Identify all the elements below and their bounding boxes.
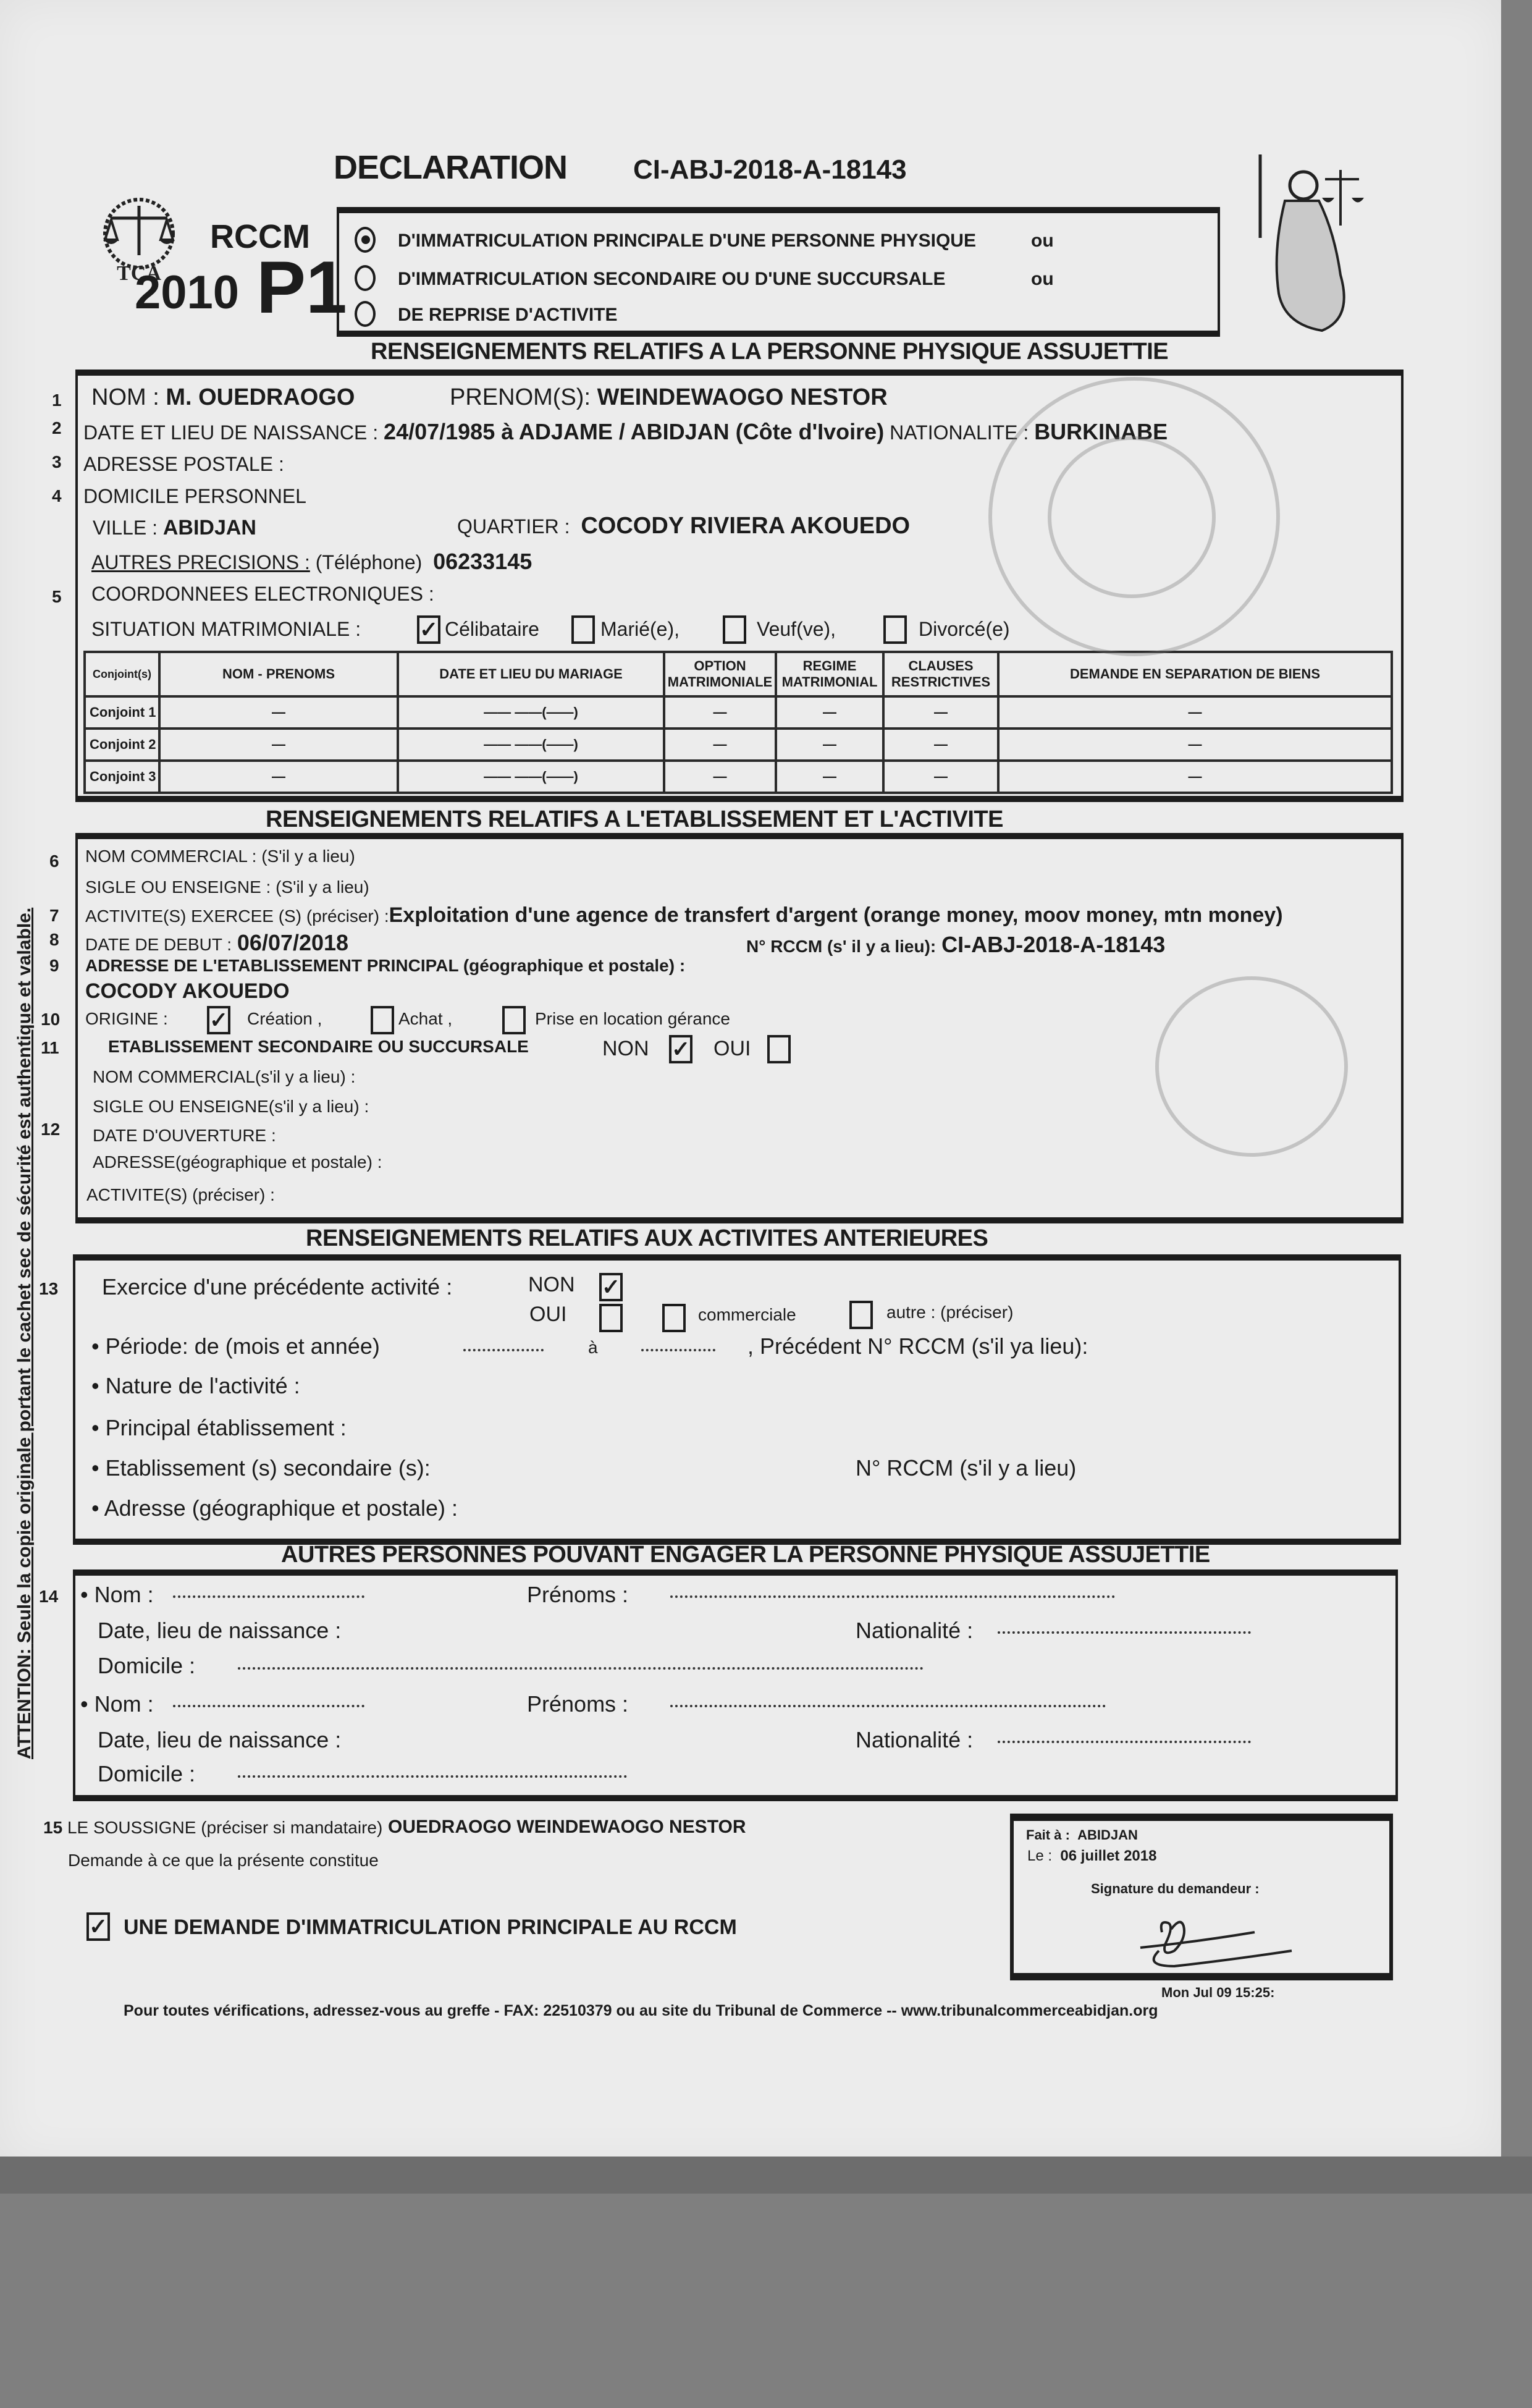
marie-label: Marié(e), xyxy=(600,618,680,641)
column-header: DATE ET LIEU DU MARIAGE xyxy=(398,652,664,696)
demande-label: Demande à ce que la présente constitue xyxy=(68,1851,379,1870)
ville-field: VILLE : ABIDJAN xyxy=(93,516,256,540)
radio-reprise-activite[interactable] xyxy=(355,301,376,327)
non-label: NON xyxy=(528,1273,575,1297)
cell: —— ——(——) xyxy=(398,761,664,793)
autre-label: autre : (préciser) xyxy=(886,1303,1013,1322)
cell: — xyxy=(998,729,1392,761)
cell: — xyxy=(664,729,776,761)
person2-nom-field: • Nom : xyxy=(80,1691,154,1717)
soussigne-value: OUEDRAOGO WEINDEWAOGO NESTOR xyxy=(388,1817,746,1838)
secondaire-field: • Etablissement (s) secondaire (s): xyxy=(91,1455,431,1481)
principal-field: • Principal établissement : xyxy=(91,1415,347,1441)
declaration-type-label: D'IMMATRICULATION SECONDAIRE OU D'UNE SU… xyxy=(398,269,945,290)
checkbox-divorce[interactable] xyxy=(883,615,907,644)
date-debut-field: DATE DE DEBUT : 06/07/2018 xyxy=(85,930,348,956)
nom-field: NOM : M. OUEDRAOGO xyxy=(91,384,355,411)
sec-sigle-label: SIGLE OU ENSEIGNE(s'il y a lieu) : xyxy=(93,1097,369,1117)
creation-label: Création , xyxy=(247,1009,322,1029)
radio-immatriculation-secondaire[interactable] xyxy=(355,265,376,291)
periode-from-line xyxy=(463,1349,544,1351)
quartier-field: QUARTIER : COCODY RIVIERA AKOUEDO xyxy=(457,513,910,539)
veuf-label: Veuf(ve), xyxy=(757,618,836,641)
adresse-field: • Adresse (géographique et postale) : xyxy=(91,1495,458,1521)
prenoms-field: PRENOM(S): WEINDEWAOGO NESTOR xyxy=(450,384,888,411)
table-row: Conjoint 3 — —— ——(——) — — — — xyxy=(85,761,1392,793)
person2-prenoms-label: Prénoms : xyxy=(527,1691,628,1717)
column-header: NOM - PRENOMS xyxy=(159,652,398,696)
row-number: 12 xyxy=(41,1120,60,1139)
checkbox-creation[interactable]: ✓ xyxy=(207,1006,230,1034)
sec-activite-label: ACTIVITE(S) (préciser) : xyxy=(86,1185,275,1205)
periode-separator: à xyxy=(588,1338,598,1358)
column-header: OPTION MATRIMONIALE xyxy=(664,652,776,696)
column-header: Conjoint(s) xyxy=(85,652,159,696)
cell: — xyxy=(776,729,883,761)
print-timestamp: Mon Jul 09 15:25: xyxy=(1161,1985,1274,2001)
input-line xyxy=(998,1631,1251,1634)
cell: — xyxy=(998,761,1392,793)
domicile-label: DOMICILE PERSONNEL xyxy=(83,485,306,508)
row-number: 4 xyxy=(52,486,62,506)
signature-icon xyxy=(1137,1914,1298,1972)
column-header: REGIME MATRIMONIAL xyxy=(776,652,883,696)
verification-note: Pour toutes vérifications, adressez-vous… xyxy=(124,2002,1158,2020)
attention-text: Seule la copie originale portant le cach… xyxy=(14,908,35,1643)
input-line xyxy=(998,1741,1251,1743)
person2-nationalite-label: Nationalité : xyxy=(856,1727,973,1753)
row-number: 14 xyxy=(39,1587,58,1607)
cell: —— ——(——) xyxy=(398,696,664,729)
row-number: 7 xyxy=(49,906,59,926)
tca-stamp xyxy=(1155,976,1348,1157)
checkbox-commerciale[interactable] xyxy=(662,1304,686,1332)
attention-note: ATTENTION: Seule la copie originale port… xyxy=(14,894,35,1759)
or-label: ou xyxy=(1031,230,1054,251)
cell: — xyxy=(883,729,998,761)
cell: — xyxy=(159,761,398,793)
section-title-others: AUTRES PERSONNES POUVANT ENGAGER LA PERS… xyxy=(281,1542,1210,1568)
oui-label: OUI xyxy=(713,1037,751,1061)
row-number: 8 xyxy=(49,930,59,950)
secondaire-label: ETABLISSEMENT SECONDAIRE OU SUCCURSALE xyxy=(108,1037,529,1057)
declaration-type-label: D'IMMATRICULATION PRINCIPALE D'UNE PERSO… xyxy=(398,230,976,251)
rccm-field: N° RCCM (s' il y a lieu): CI-ABJ-2018-A-… xyxy=(746,932,1165,958)
person1-prenoms-label: Prénoms : xyxy=(527,1582,628,1608)
person1-domicile-label: Domicile : xyxy=(98,1653,195,1679)
cell: — xyxy=(883,696,998,729)
cell: —— ——(——) xyxy=(398,729,664,761)
row-label: Conjoint 1 xyxy=(85,696,159,729)
achat-label: Achat , xyxy=(398,1009,452,1029)
sec-nom-commercial-label: NOM COMMERCIAL(s'il y a lieu) : xyxy=(93,1067,355,1087)
input-line xyxy=(173,1595,364,1598)
row-number: 5 xyxy=(52,587,62,607)
scanner-edge xyxy=(0,2157,1532,2194)
radio-immatriculation-principale[interactable] xyxy=(355,227,376,253)
signature-box: Fait à : ABIDJAN Le : 06 juillet 2018 Si… xyxy=(1010,1814,1393,1980)
row-label: Conjoint 2 xyxy=(85,729,159,761)
checkbox-location-gerance[interactable] xyxy=(502,1006,526,1034)
activite-field: ACTIVITE(S) EXERCEE (S) (préciser) :Expl… xyxy=(85,903,1283,927)
row-label: Conjoint 3 xyxy=(85,761,159,793)
nom-commercial-field: NOM COMMERCIAL : (S'il y a lieu) xyxy=(85,847,355,866)
precedent-rccm-label: , Précédent N° RCCM (s'il ya lieu): xyxy=(747,1333,1088,1359)
checkbox-secondaire-non[interactable]: ✓ xyxy=(669,1035,692,1063)
periode-field: • Période: de (mois et année) xyxy=(91,1333,380,1359)
input-line xyxy=(238,1775,627,1778)
section-title-establishment: RENSEIGNEMENTS RELATIFS A L'ETABLISSEMEN… xyxy=(266,806,1003,833)
nature-field: • Nature de l'activité : xyxy=(91,1373,300,1399)
sec-date-label: DATE D'OUVERTURE : xyxy=(93,1126,276,1146)
row-number: 11 xyxy=(41,1038,59,1058)
commerciale-label: commerciale xyxy=(698,1305,796,1325)
form-code: P1 xyxy=(256,250,347,324)
row-number: 13 xyxy=(39,1279,58,1299)
oui-label: OUI xyxy=(529,1303,566,1327)
person2-naissance-label: Date, lieu de naissance : xyxy=(98,1727,341,1753)
fait-field: Fait à : ABIDJAN xyxy=(1026,1827,1138,1843)
person1-nationalite-label: Nationalité : xyxy=(856,1618,973,1644)
signature-label: Signature du demandeur : xyxy=(1091,1881,1260,1897)
lady-justice-icon xyxy=(1248,151,1371,337)
cell: — xyxy=(998,696,1392,729)
declaration-type-label: DE REPRISE D'ACTIVITE xyxy=(398,305,618,326)
checkbox-previous-non[interactable]: ✓ xyxy=(599,1273,623,1301)
registre-du-commerce-stamp xyxy=(988,377,1280,656)
column-header: CLAUSES RESTRICTIVES xyxy=(883,652,998,696)
input-line xyxy=(670,1705,1106,1707)
document-page: ATTENTION: Seule la copie originale port… xyxy=(0,0,1501,2163)
cell: — xyxy=(776,761,883,793)
checkbox-previous-oui[interactable] xyxy=(599,1304,623,1332)
column-header: DEMANDE EN SEPARATION DE BIENS xyxy=(998,652,1392,696)
adresse-etablissement-value: COCODY AKOUEDO xyxy=(85,979,290,1003)
form-year: 2010 xyxy=(135,266,239,319)
section-title-person: RENSEIGNEMENTS RELATIFS A LA PERSONNE PH… xyxy=(371,339,1168,365)
table-header-row: Conjoint(s) NOM - PRENOMS DATE ET LIEU D… xyxy=(85,652,1392,696)
declaration-reference: CI-ABJ-2018-A-18143 xyxy=(633,154,907,185)
table-row: Conjoint 2 — —— ——(——) — — — — xyxy=(85,729,1392,761)
adresse-postale-label: ADRESSE POSTALE : xyxy=(83,453,284,476)
table-row: Conjoint 1 — —— ——(——) — — — — xyxy=(85,696,1392,729)
section-title-previous: RENSEIGNEMENTS RELATIFS AUX ACTIVITES AN… xyxy=(306,1225,988,1252)
checkbox-veuf[interactable] xyxy=(723,615,746,644)
other-persons-section xyxy=(73,1569,1398,1801)
origine-label: ORIGINE : xyxy=(85,1009,168,1029)
input-line xyxy=(238,1667,924,1670)
checkbox-demande-immatriculation[interactable]: ✓ xyxy=(86,1912,110,1941)
row-number: 2 xyxy=(52,418,62,438)
document-title: DECLARATION xyxy=(334,148,567,187)
exercice-label: Exercice d'une précédente activité : xyxy=(102,1274,452,1300)
checkbox-achat[interactable] xyxy=(371,1006,394,1034)
situation-label: SITUATION MATRIMONIALE : xyxy=(91,618,361,641)
celibataire-label: Célibataire xyxy=(445,618,539,641)
non-label: NON xyxy=(602,1037,649,1061)
soussigne-field: 15 LE SOUSSIGNE (préciser si mandataire) xyxy=(43,1818,382,1838)
telephone-field: AUTRES PRECISIONS : (Téléphone) 06233145 xyxy=(91,549,532,575)
cell: — xyxy=(664,761,776,793)
person1-nom-field: • Nom : xyxy=(80,1582,154,1608)
checkbox-autre[interactable] xyxy=(849,1301,873,1329)
input-line xyxy=(670,1595,1115,1598)
divorce-label: Divorcé(e) xyxy=(919,618,1010,641)
row-number: 1 xyxy=(52,391,62,410)
attention-label: ATTENTION: xyxy=(14,1649,35,1759)
sec-adresse-label: ADRESSE(géographique et postale) : xyxy=(93,1152,382,1172)
cell: — xyxy=(776,696,883,729)
person2-domicile-label: Domicile : xyxy=(98,1761,195,1787)
adresse-etablissement-label: ADRESSE DE L'ETABLISSEMENT PRINCIPAL (gé… xyxy=(85,956,685,976)
cell: — xyxy=(159,729,398,761)
checkbox-celibataire[interactable]: ✓ xyxy=(417,615,440,644)
spouses-table: Conjoint(s) NOM - PRENOMS DATE ET LIEU D… xyxy=(83,651,1393,794)
cell: — xyxy=(159,696,398,729)
cell: — xyxy=(883,761,998,793)
row-number: 3 xyxy=(52,452,62,472)
declaration-type-group: D'IMMATRICULATION PRINCIPALE D'UNE PERSO… xyxy=(337,207,1220,337)
sigle-field: SIGLE OU ENSEIGNE : (S'il y a lieu) xyxy=(85,877,369,897)
row-number: 9 xyxy=(49,956,59,976)
input-line xyxy=(173,1705,364,1707)
person1-naissance-label: Date, lieu de naissance : xyxy=(98,1618,341,1644)
checkbox-secondaire-oui[interactable] xyxy=(767,1035,791,1063)
periode-to-line xyxy=(641,1349,715,1351)
location-gerance-label: Prise en location gérance xyxy=(535,1009,730,1029)
checkbox-marie[interactable] xyxy=(571,615,595,644)
or-label: ou xyxy=(1031,269,1054,290)
demande-option-label: UNE DEMANDE D'IMMATRICULATION PRINCIPALE… xyxy=(124,1916,737,1940)
coordonnees-label: COORDONNEES ELECTRONIQUES : xyxy=(91,583,434,606)
row-number: 10 xyxy=(41,1010,60,1029)
row-number: 6 xyxy=(49,851,59,871)
cell: — xyxy=(664,696,776,729)
le-field: Le : 06 juillet 2018 xyxy=(1027,1848,1156,1865)
secondaire-rccm-label: N° RCCM (s'il y a lieu) xyxy=(856,1455,1076,1481)
naissance-field: DATE ET LIEU DE NAISSANCE : 24/07/1985 à… xyxy=(83,419,1168,445)
